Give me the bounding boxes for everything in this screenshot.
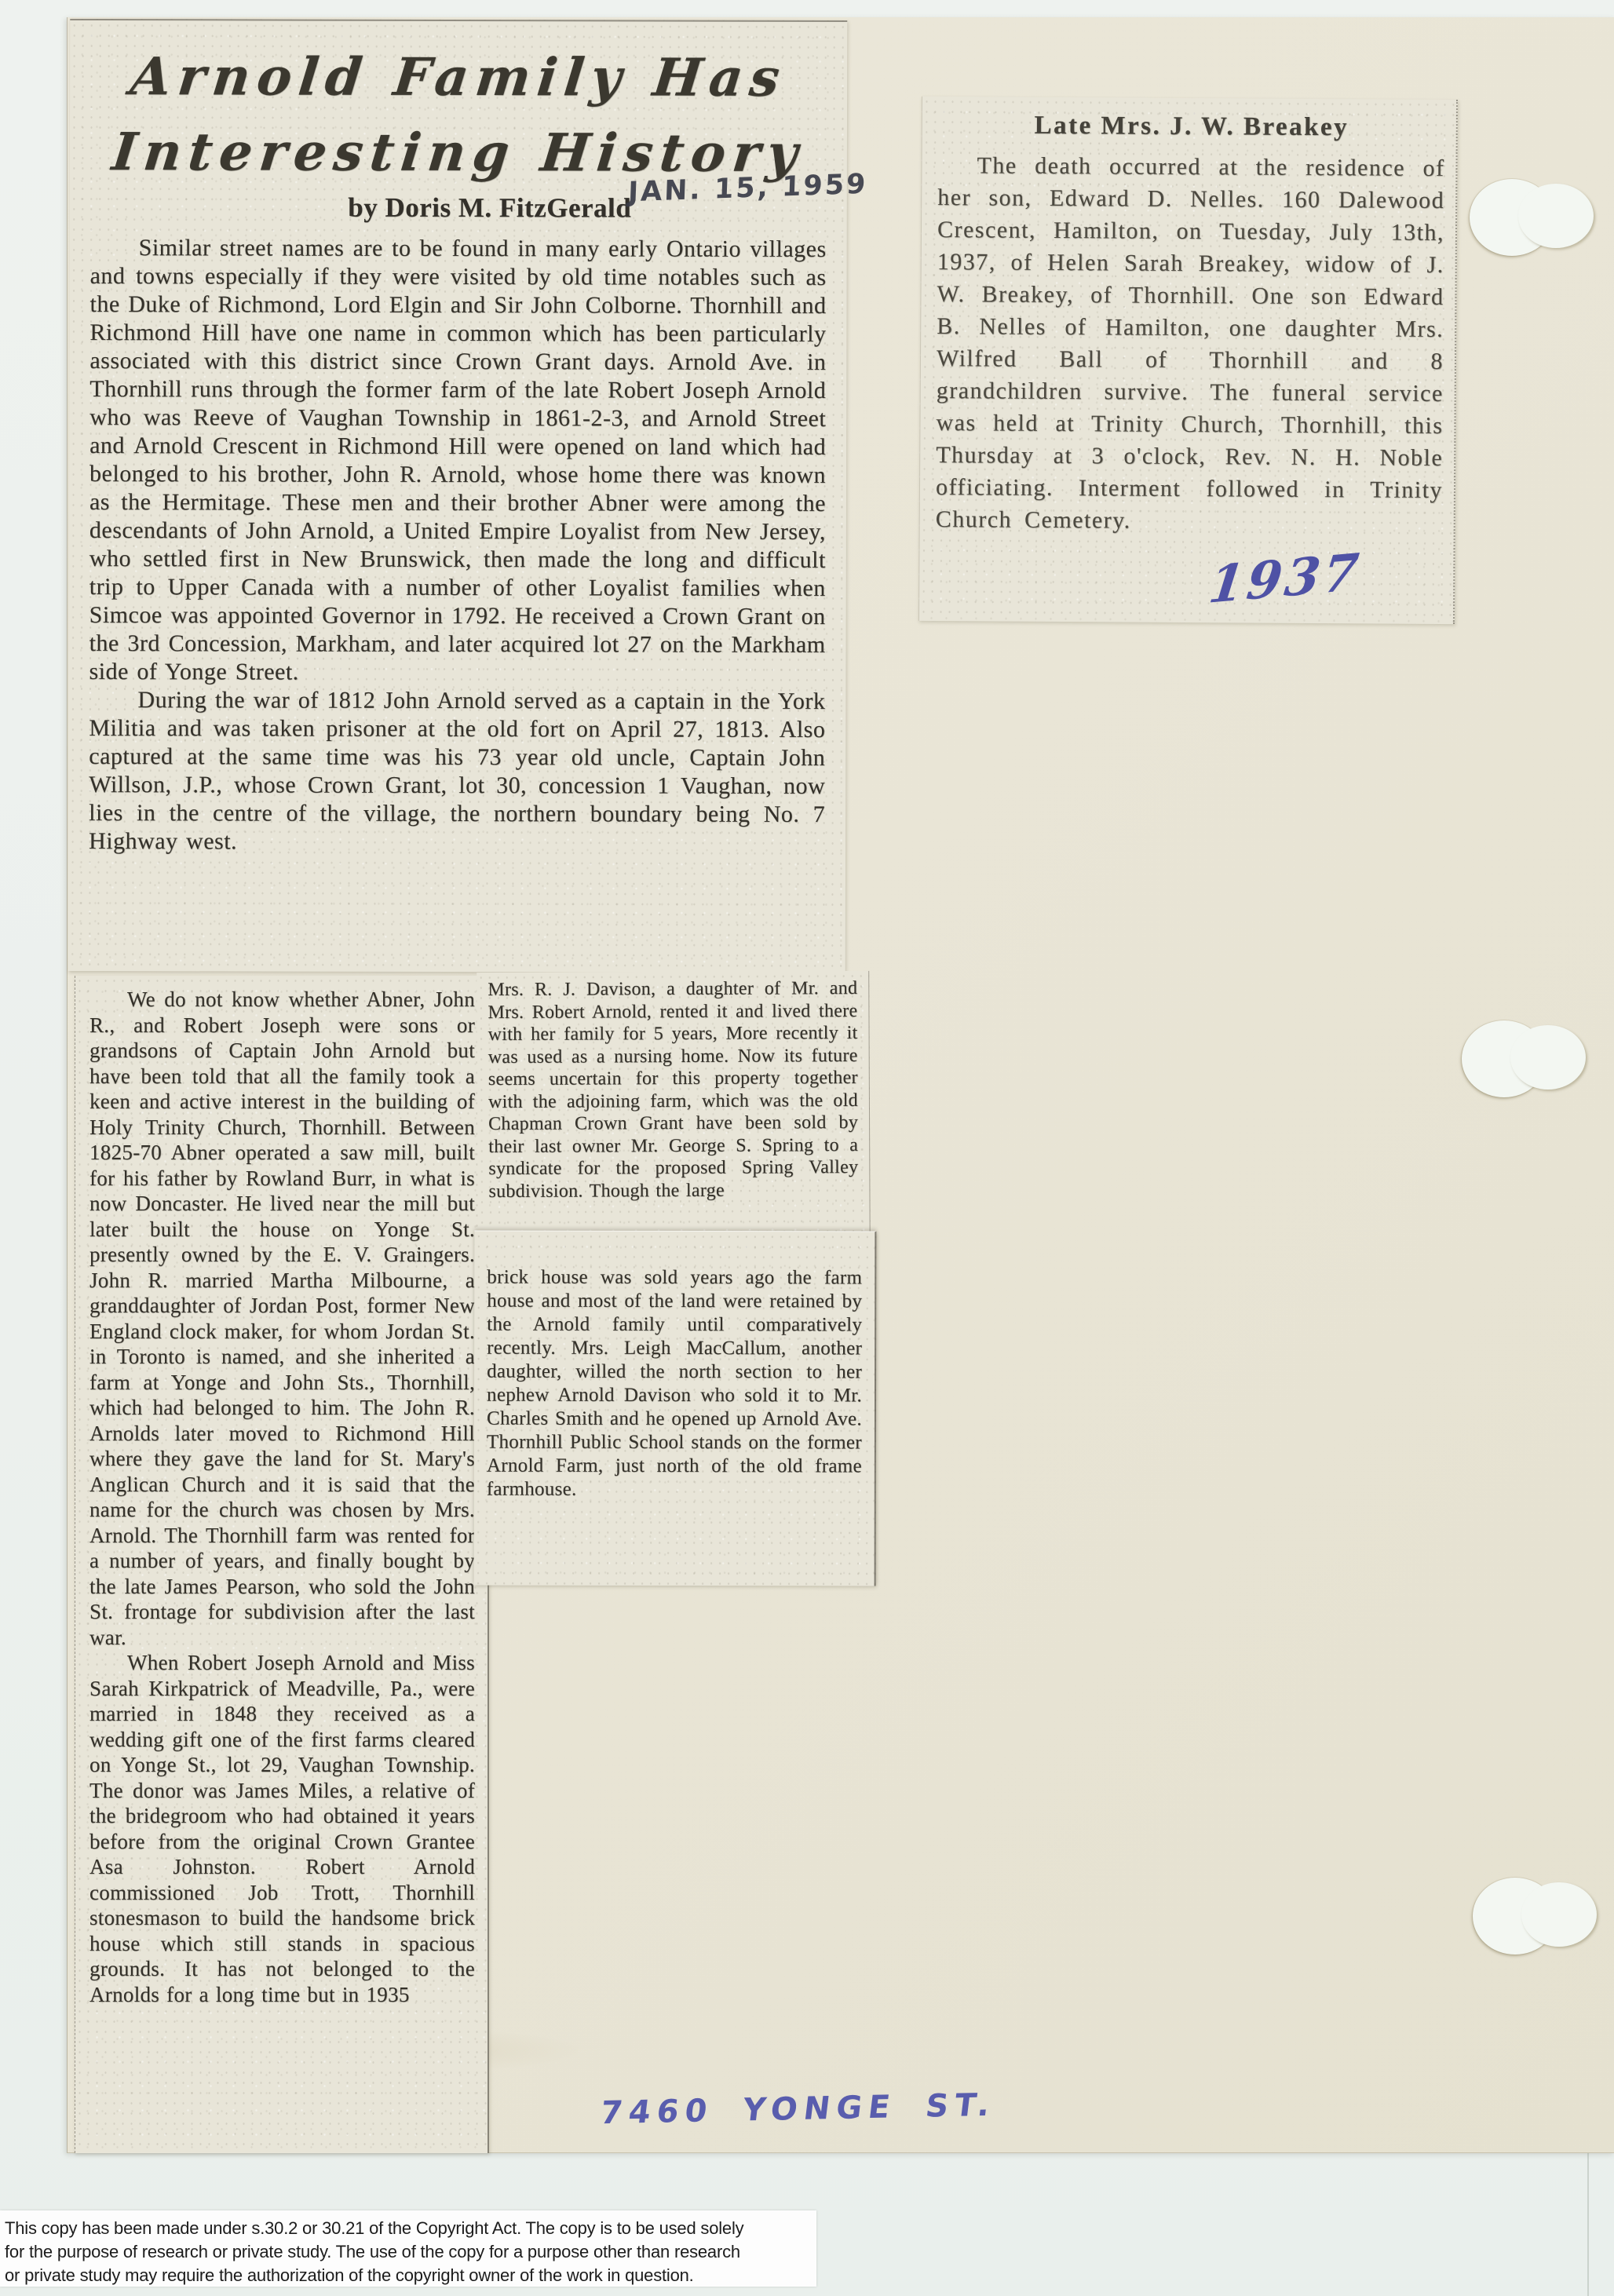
copyright-line: or private study may require the authori… <box>5 2264 809 2287</box>
copyright-line: for the purpose of research or private s… <box>5 2240 809 2264</box>
continuation-left-column-clipping: We do not know whether Abner, John R., a… <box>75 976 489 2153</box>
continuation-paragraph: We do not know whether Abner, John R., a… <box>89 987 475 1650</box>
continuation-paragraph: Mrs. R. J. Davison, a daughter of Mr. an… <box>487 977 858 1203</box>
headline-line-1: Arnold Family Has <box>68 46 848 108</box>
continuation-paragraph: brick house was sold years ago the farm … <box>487 1266 863 1502</box>
obituary-clipping: Late Mrs. J. W. Breakey The death occurr… <box>918 97 1458 624</box>
article-paragraph: Similar street names are to be found in … <box>89 234 826 688</box>
main-article-clipping: Arnold Family Has Interesting History by… <box>68 19 848 973</box>
continuation-middle-column-upper-clipping: Mrs. R. J. Davison, a daughter of Mr. an… <box>477 971 871 1249</box>
article-body: Similar street names are to be found in … <box>68 234 847 857</box>
continuation-paragraph: When Robert Joseph Arnold and Miss Sarah… <box>89 1650 475 2007</box>
copyright-strip: This copy has been made under s.30.2 or … <box>0 2210 816 2287</box>
obituary-title: Late Mrs. J. W. Breakey <box>938 111 1445 143</box>
copyright-line: This copy has been made under s.30.2 or … <box>5 2217 809 2240</box>
byline: by Doris M. FitzGerald <box>305 192 674 224</box>
obituary-body: The death occurred at the residence of h… <box>936 149 1445 538</box>
page-scan: Arnold Family Has Interesting History by… <box>0 0 1614 2296</box>
continuation-middle-column-lower-clipping: brick house was sold years ago the farm … <box>474 1231 877 1586</box>
article-paragraph: During the war of 1812 John Arnold serve… <box>89 686 825 857</box>
